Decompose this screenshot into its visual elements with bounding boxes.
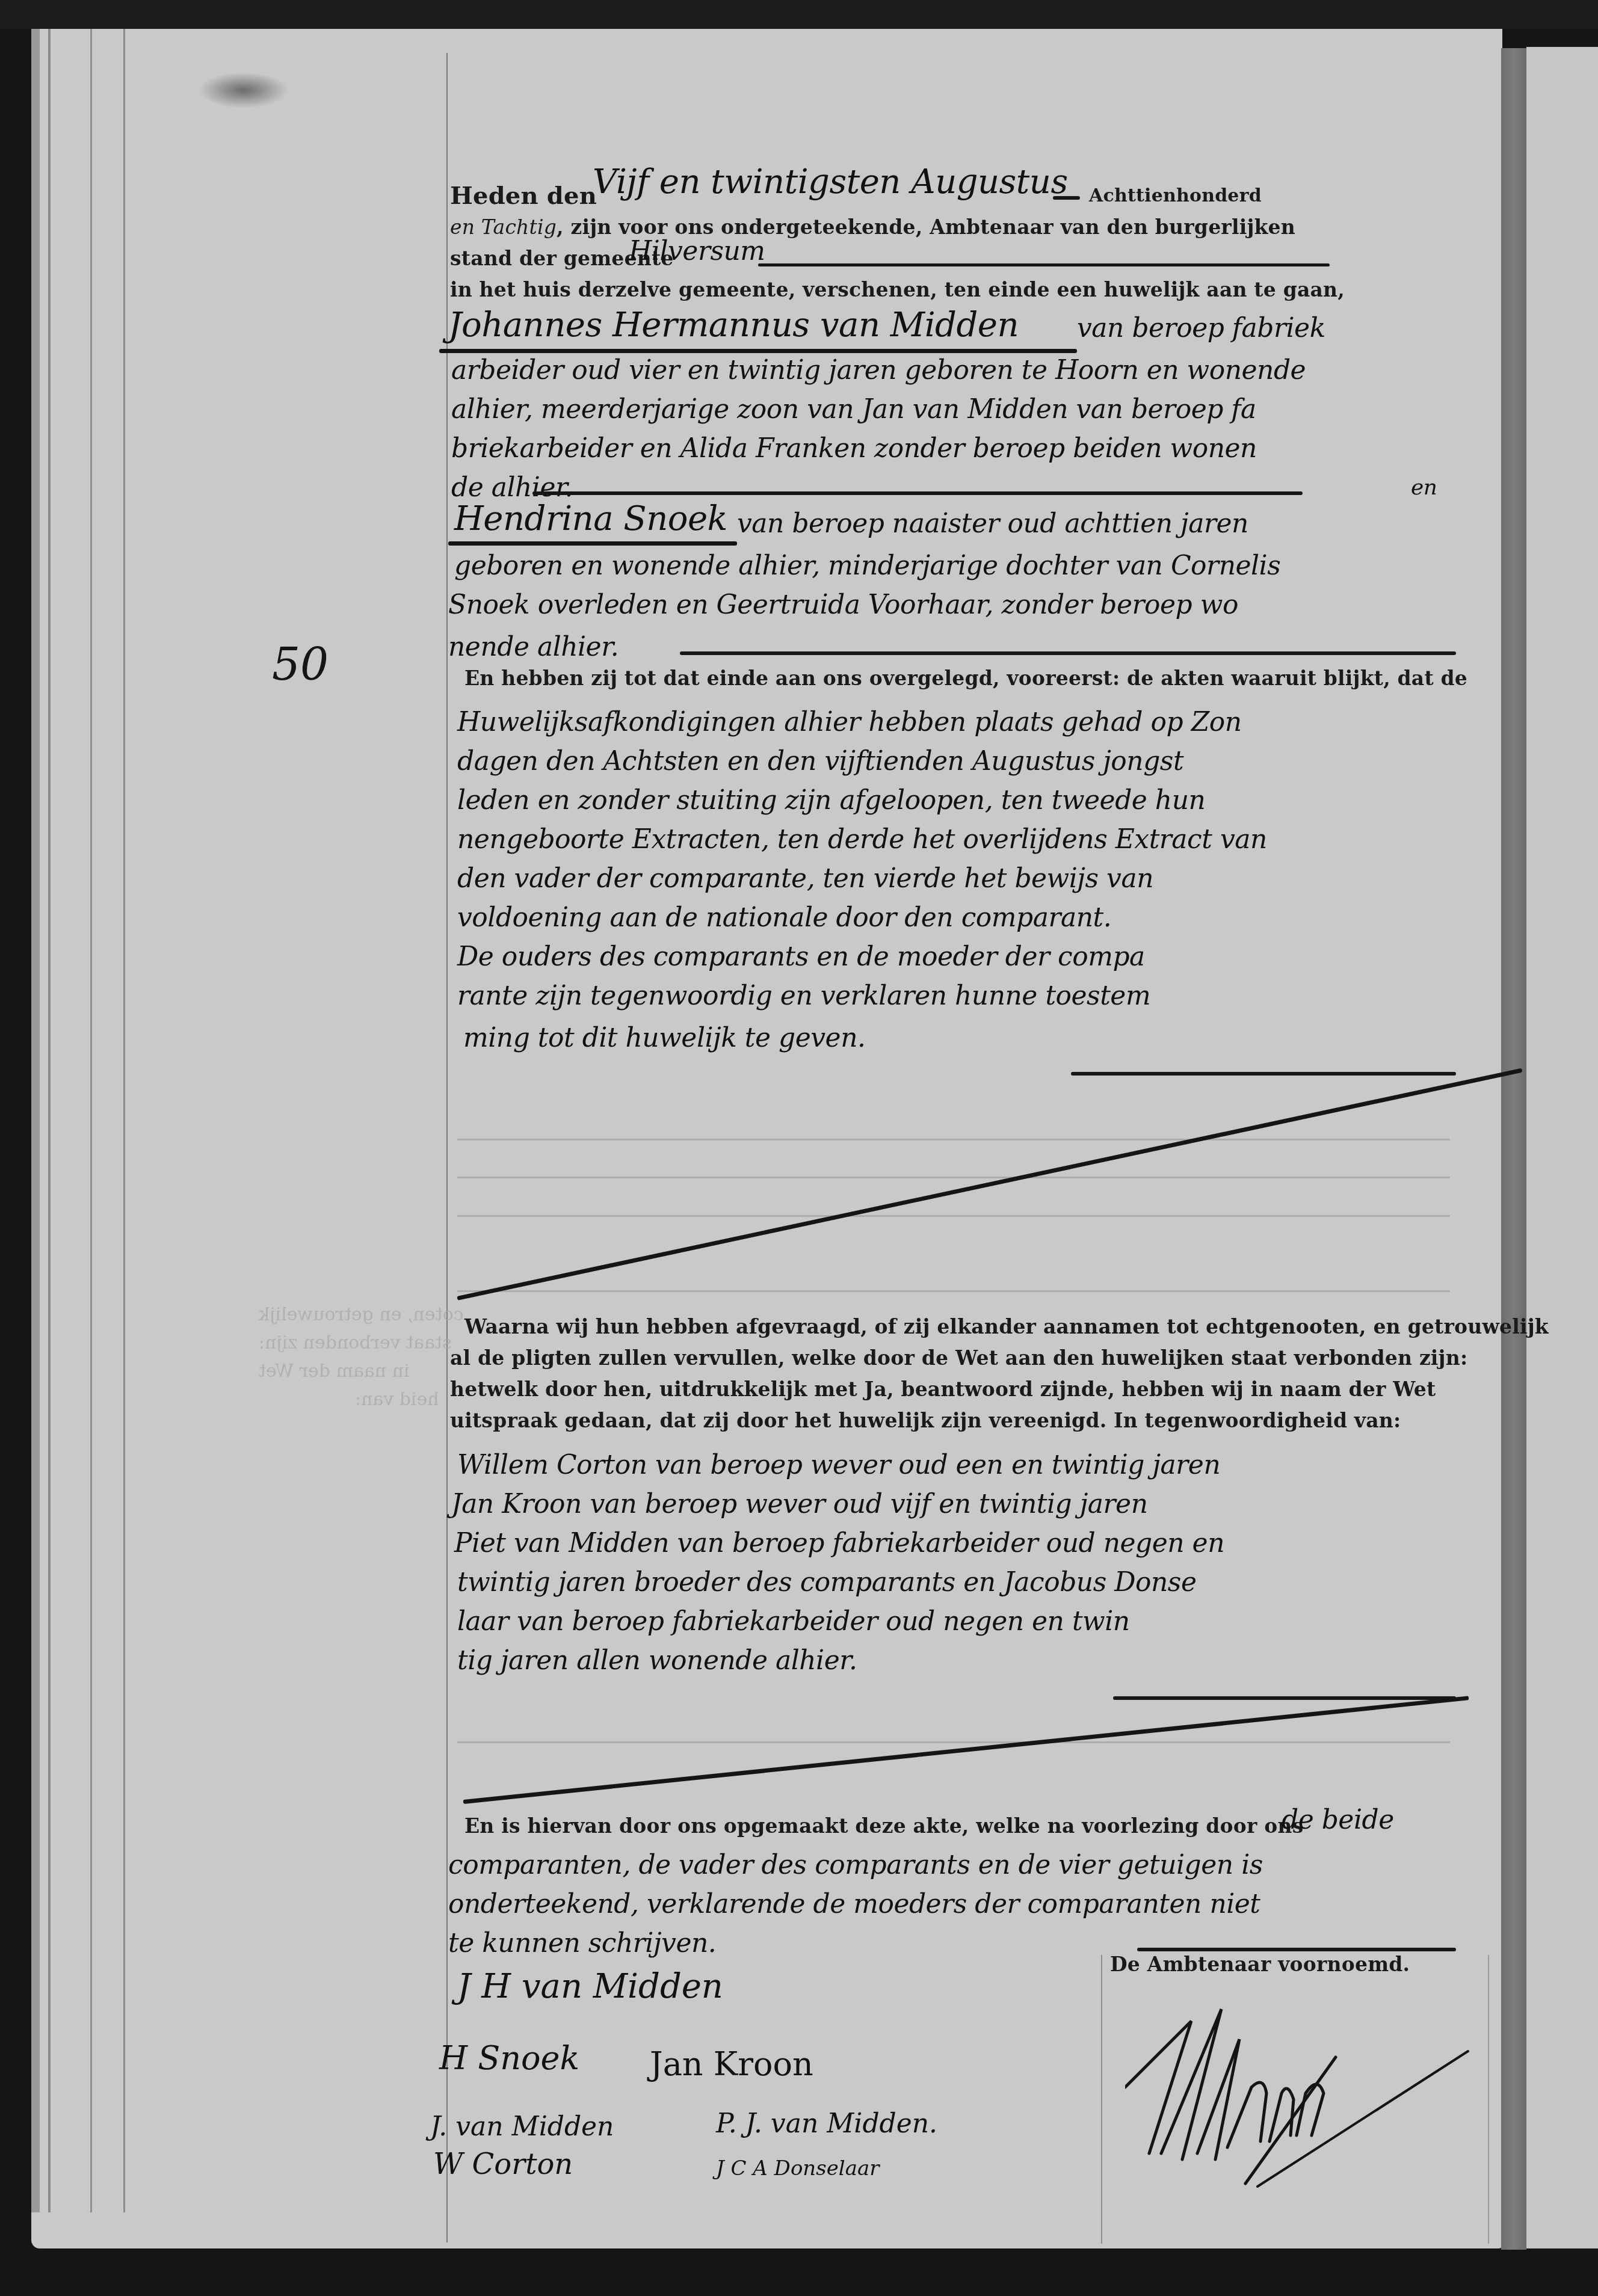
official-label: De Ambtenaar voornoemd. (1110, 1949, 1410, 1980)
witness-line: Willem Corton van beroep wever oud een e… (457, 1450, 1220, 1480)
fill-line (1113, 1696, 1456, 1700)
groom-line: arbeider oud vier en twintig jaren gebor… (451, 355, 1306, 386)
signature-witness: W Corton (433, 2147, 573, 2181)
signature-column-rule (1101, 1955, 1102, 2244)
groom-line: de alhier. (451, 472, 573, 503)
ink-smudge (199, 72, 289, 108)
bride-name: Hendrina Snoek (454, 499, 727, 538)
fill-line (680, 651, 1456, 655)
documents-line: dagen den Achtsten en den vijftienden Au… (457, 746, 1183, 777)
closing-handwritten: de beide (1282, 1805, 1394, 1835)
opening-line-4: in het huis derzelve gemeente, verschene… (450, 274, 1461, 306)
documents-line: nengeboorte Extracten, ten derde het ove… (457, 824, 1267, 855)
vows-line: hetwelk door hen, uitdrukkelijk met Ja, … (450, 1374, 1461, 1405)
bride-line: nende alhier. (448, 632, 619, 662)
documents-line: den vader der comparante, ten vierde het… (457, 863, 1153, 894)
documents-line: rante zijn tegenwoordig en verklaren hun… (457, 980, 1150, 1011)
groom-name: Johannes Hermannus van Midden (448, 306, 1019, 345)
witness-line: Jan Kroon van beroep wever oud vijf en t… (451, 1489, 1148, 1519)
printed-year: en Tachtig (450, 215, 557, 239)
opening-line-3: stand der gemeente (450, 243, 1461, 274)
opening-line-2: en Tachtig, zijn voor ons ondergeteekend… (450, 212, 1461, 243)
fill-line (1071, 1072, 1456, 1076)
ruled-line (457, 1741, 1450, 1743)
groom-line: briekarbeider en Alida Franken zonder be… (451, 433, 1257, 464)
official-signature (1125, 2003, 1486, 2190)
bride-line: Snoek overleden en Geertruida Voorhaar, … (448, 589, 1238, 620)
show-through-text: heid van: (355, 1389, 439, 1410)
fill-line (758, 263, 1330, 266)
margin-rule (446, 53, 448, 2242)
binding-strip (123, 29, 125, 2212)
adjacent-page-edge (1526, 47, 1598, 2248)
ruled-line (457, 1215, 1450, 1217)
handwritten-municipality: Hilversum (629, 236, 765, 266)
fill-line (532, 491, 1303, 495)
signature-groom: J H van Midden (457, 1967, 723, 2006)
bride-line: van beroep naaister oud achttien jaren (737, 508, 1248, 539)
signature-witness: P. J. van Midden. (716, 2108, 937, 2139)
show-through-text: in naam der Wet (259, 1361, 410, 1382)
documents-line: voldoening aan de nationale door den com… (457, 902, 1111, 933)
witness-line: twintig jaren broeder des comparants en … (457, 1567, 1196, 1598)
printed-text: Heden den (450, 182, 597, 210)
name-underline (439, 349, 1077, 353)
groom-line: van beroep fabriek (1077, 313, 1325, 343)
witness-line: Piet van Midden van beroep fabriekarbeid… (454, 1528, 1224, 1559)
handwritten-date: Vijf en twintigsten Augustus (593, 162, 1068, 202)
signature-father: J. van Midden (430, 2111, 614, 2142)
vows-line: uitspraak gedaan, dat zij door het huwel… (450, 1405, 1461, 1436)
printed-text: Achttienhonderd (1089, 180, 1262, 212)
vows-line: al de pligten zullen vervullen, welke do… (450, 1343, 1461, 1374)
book-gutter (1501, 48, 1526, 2250)
documents-intro: En hebben zij tot dat einde aan ons over… (450, 663, 1475, 694)
signature-witness: J C A Donselaar (716, 2156, 880, 2181)
documents-line: Huwelijksafkondigingen alhier hebben pla… (457, 707, 1242, 737)
groom-line: alhier, meerderjarige zoon van Jan van M… (451, 394, 1256, 425)
record-number: 50 (272, 639, 329, 691)
closing-line: te kunnen schrijven. (448, 1928, 716, 1959)
closing-line: onderteekend, verklarende de moeders der… (448, 1889, 1260, 1919)
margin-rule (1488, 1955, 1489, 2244)
signature-bride: H Snoek (439, 2039, 579, 2077)
ruled-line (457, 1177, 1450, 1178)
binding-strip (90, 29, 92, 2212)
documents-line: De ouders des comparants en de moeder de… (457, 941, 1145, 972)
vows-line: Waarna wij hun hebben afgevraagd, of zij… (450, 1311, 1475, 1343)
witness-line: tig jaren allen wonende alhier. (457, 1645, 857, 1676)
fill-line (1053, 196, 1080, 200)
bride-line: geboren en wonende alhier, minderjarige … (454, 550, 1280, 581)
connector-en: en (1411, 475, 1437, 500)
binding-strip (48, 29, 51, 2212)
documents-line: ming tot dit huwelijk te geven. (463, 1023, 865, 1053)
witness-line: laar van beroep fabriekarbeider oud nege… (457, 1606, 1130, 1637)
ruled-line (457, 1290, 1450, 1292)
signature-witness: Jan Kroon (650, 2045, 813, 2083)
show-through-text: coten, en getrouwelijk (259, 1304, 464, 1325)
documents-line: leden en zonder stuiting zijn afgeloopen… (457, 785, 1205, 816)
scanner-background-top (0, 0, 1598, 29)
show-through-text: staat verbonden zijn: (259, 1332, 451, 1353)
ruled-line (457, 1139, 1450, 1140)
binding-strip (31, 29, 40, 2212)
name-underline (448, 541, 737, 546)
closing-line: comparanten, de vader des comparants en … (448, 1850, 1263, 1880)
